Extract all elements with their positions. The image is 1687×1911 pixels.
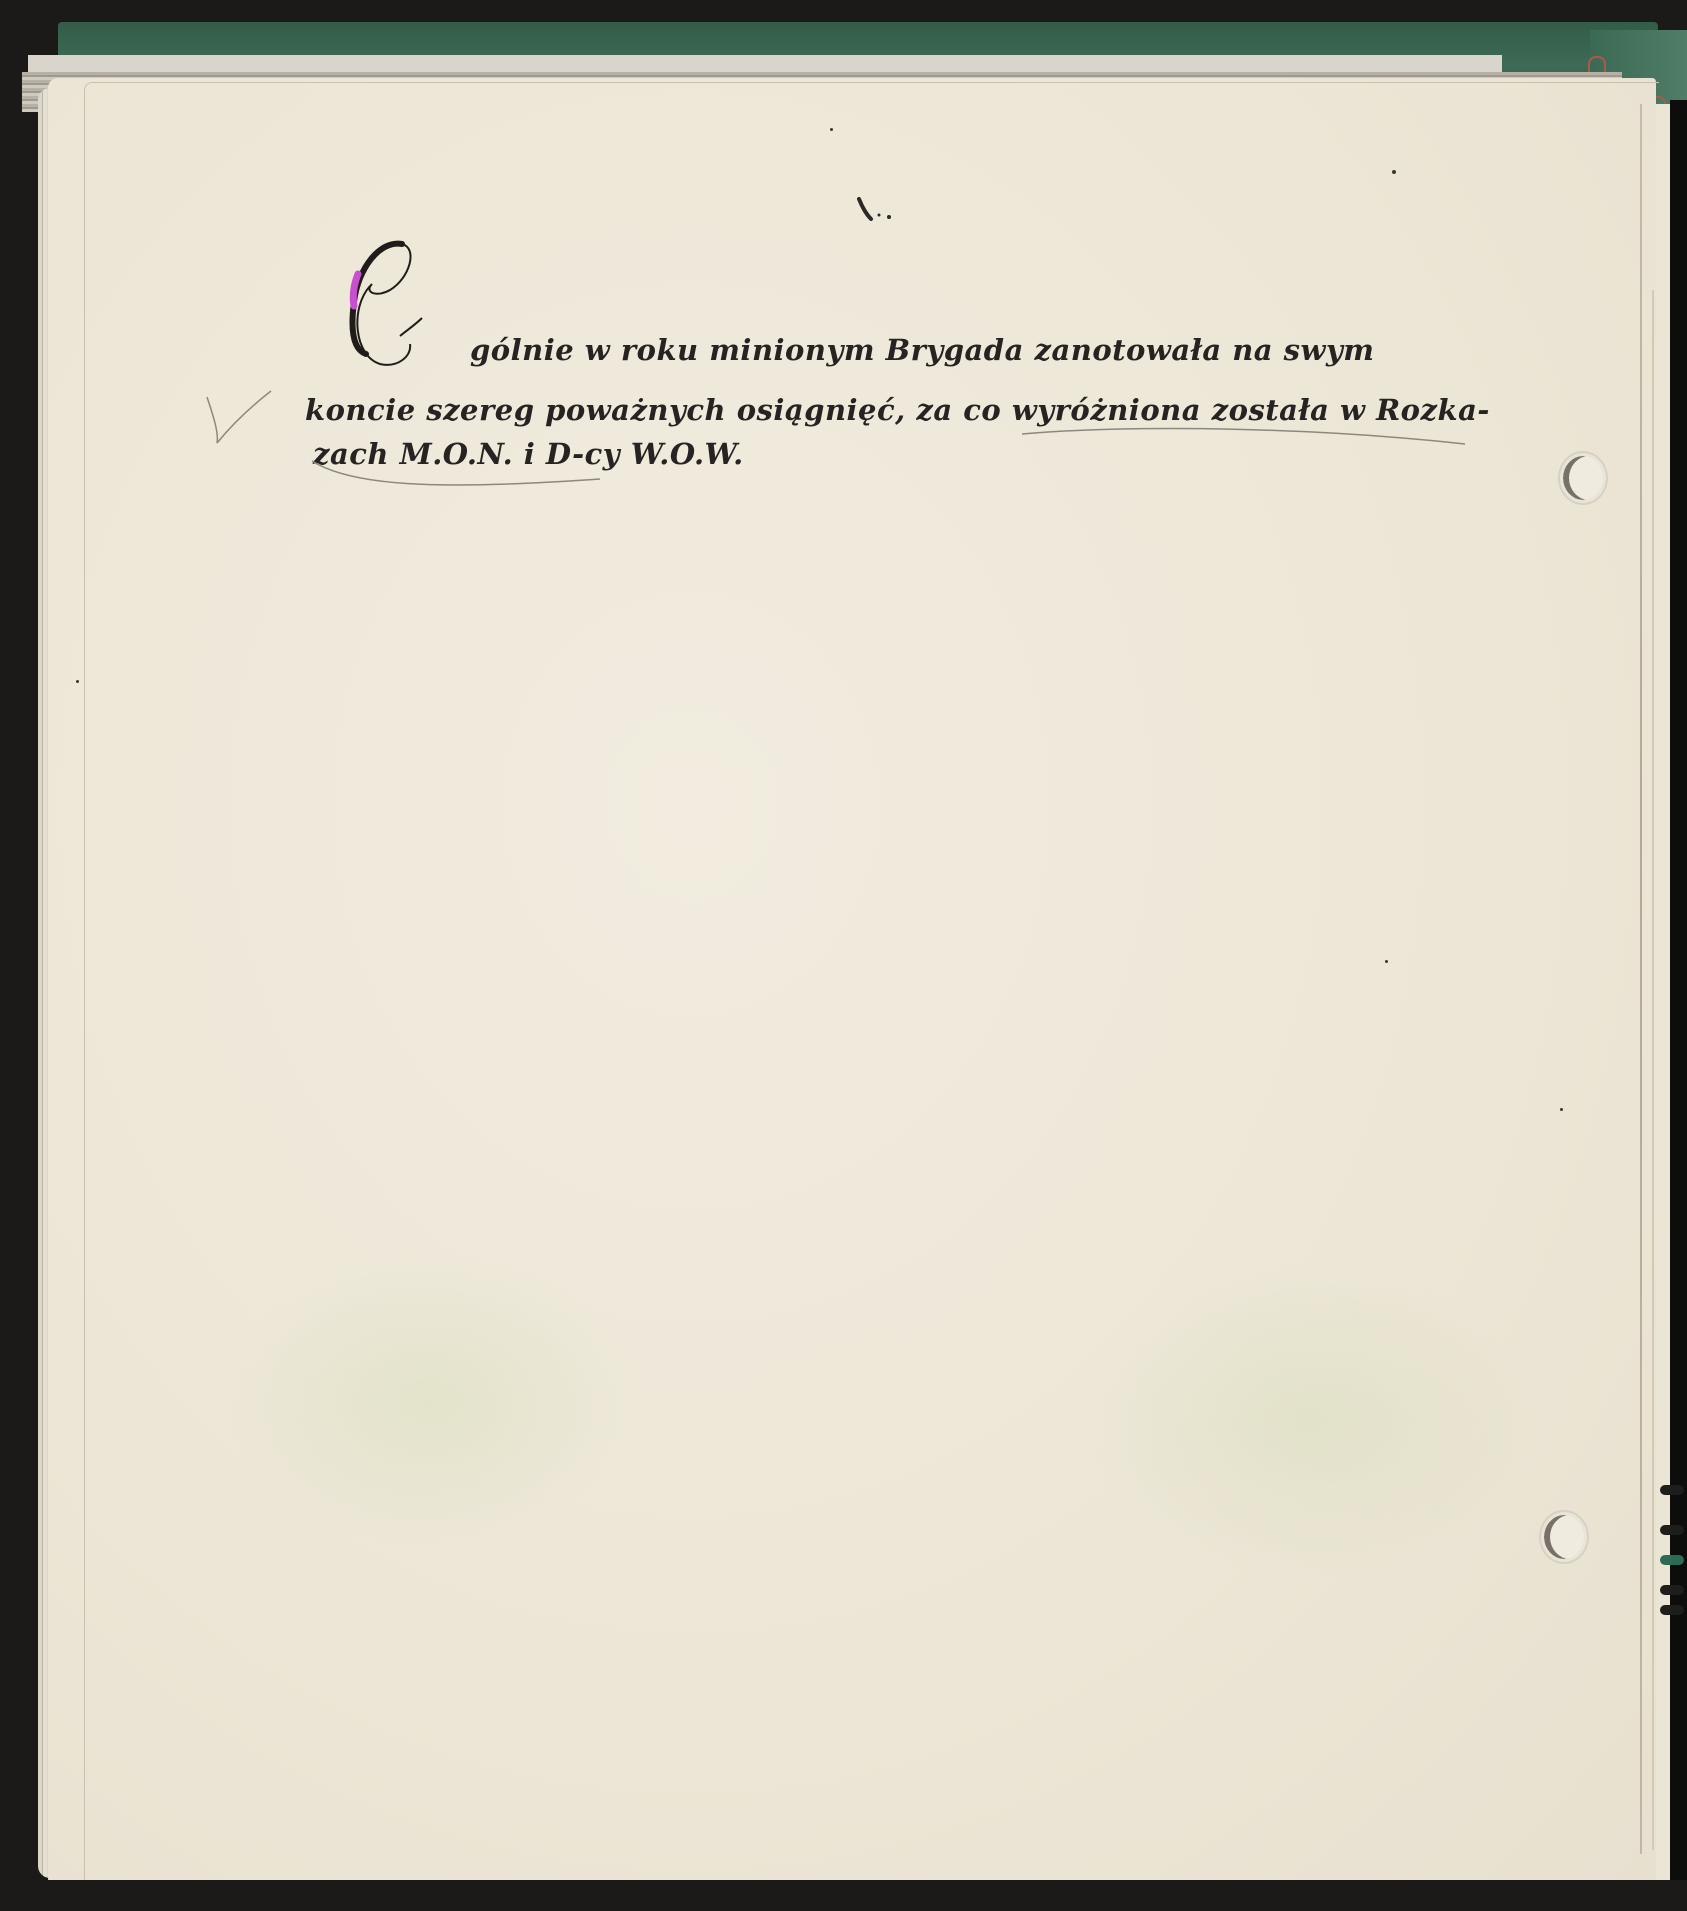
pencil-underline xyxy=(310,455,610,495)
paper-speck xyxy=(76,680,79,683)
pencil-checkmark-icon xyxy=(205,385,275,455)
page-margin-strip xyxy=(1656,104,1670,1904)
paper-speck xyxy=(1392,170,1396,174)
scan-edge xyxy=(1670,100,1687,1911)
binding-fold-line xyxy=(1640,104,1642,1854)
faint-green-show-through xyxy=(1080,1260,1540,1580)
paper-speck xyxy=(1385,960,1388,963)
pencil-underline xyxy=(1020,420,1470,450)
text-line-1: gólnie w roku minionym Brygada zanotował… xyxy=(470,333,1375,367)
paper-speck xyxy=(1560,1108,1563,1111)
binding-fold-line xyxy=(1652,290,1654,1850)
scan-bottom-edge xyxy=(0,1880,1687,1911)
faint-green-show-through xyxy=(220,1250,640,1550)
ink-blot-mark xyxy=(855,195,905,225)
punch-hole-upper xyxy=(1560,453,1606,503)
ornate-initial-letter xyxy=(340,238,430,368)
paper-speck xyxy=(830,128,833,131)
punch-hole-lower xyxy=(1541,1512,1587,1562)
